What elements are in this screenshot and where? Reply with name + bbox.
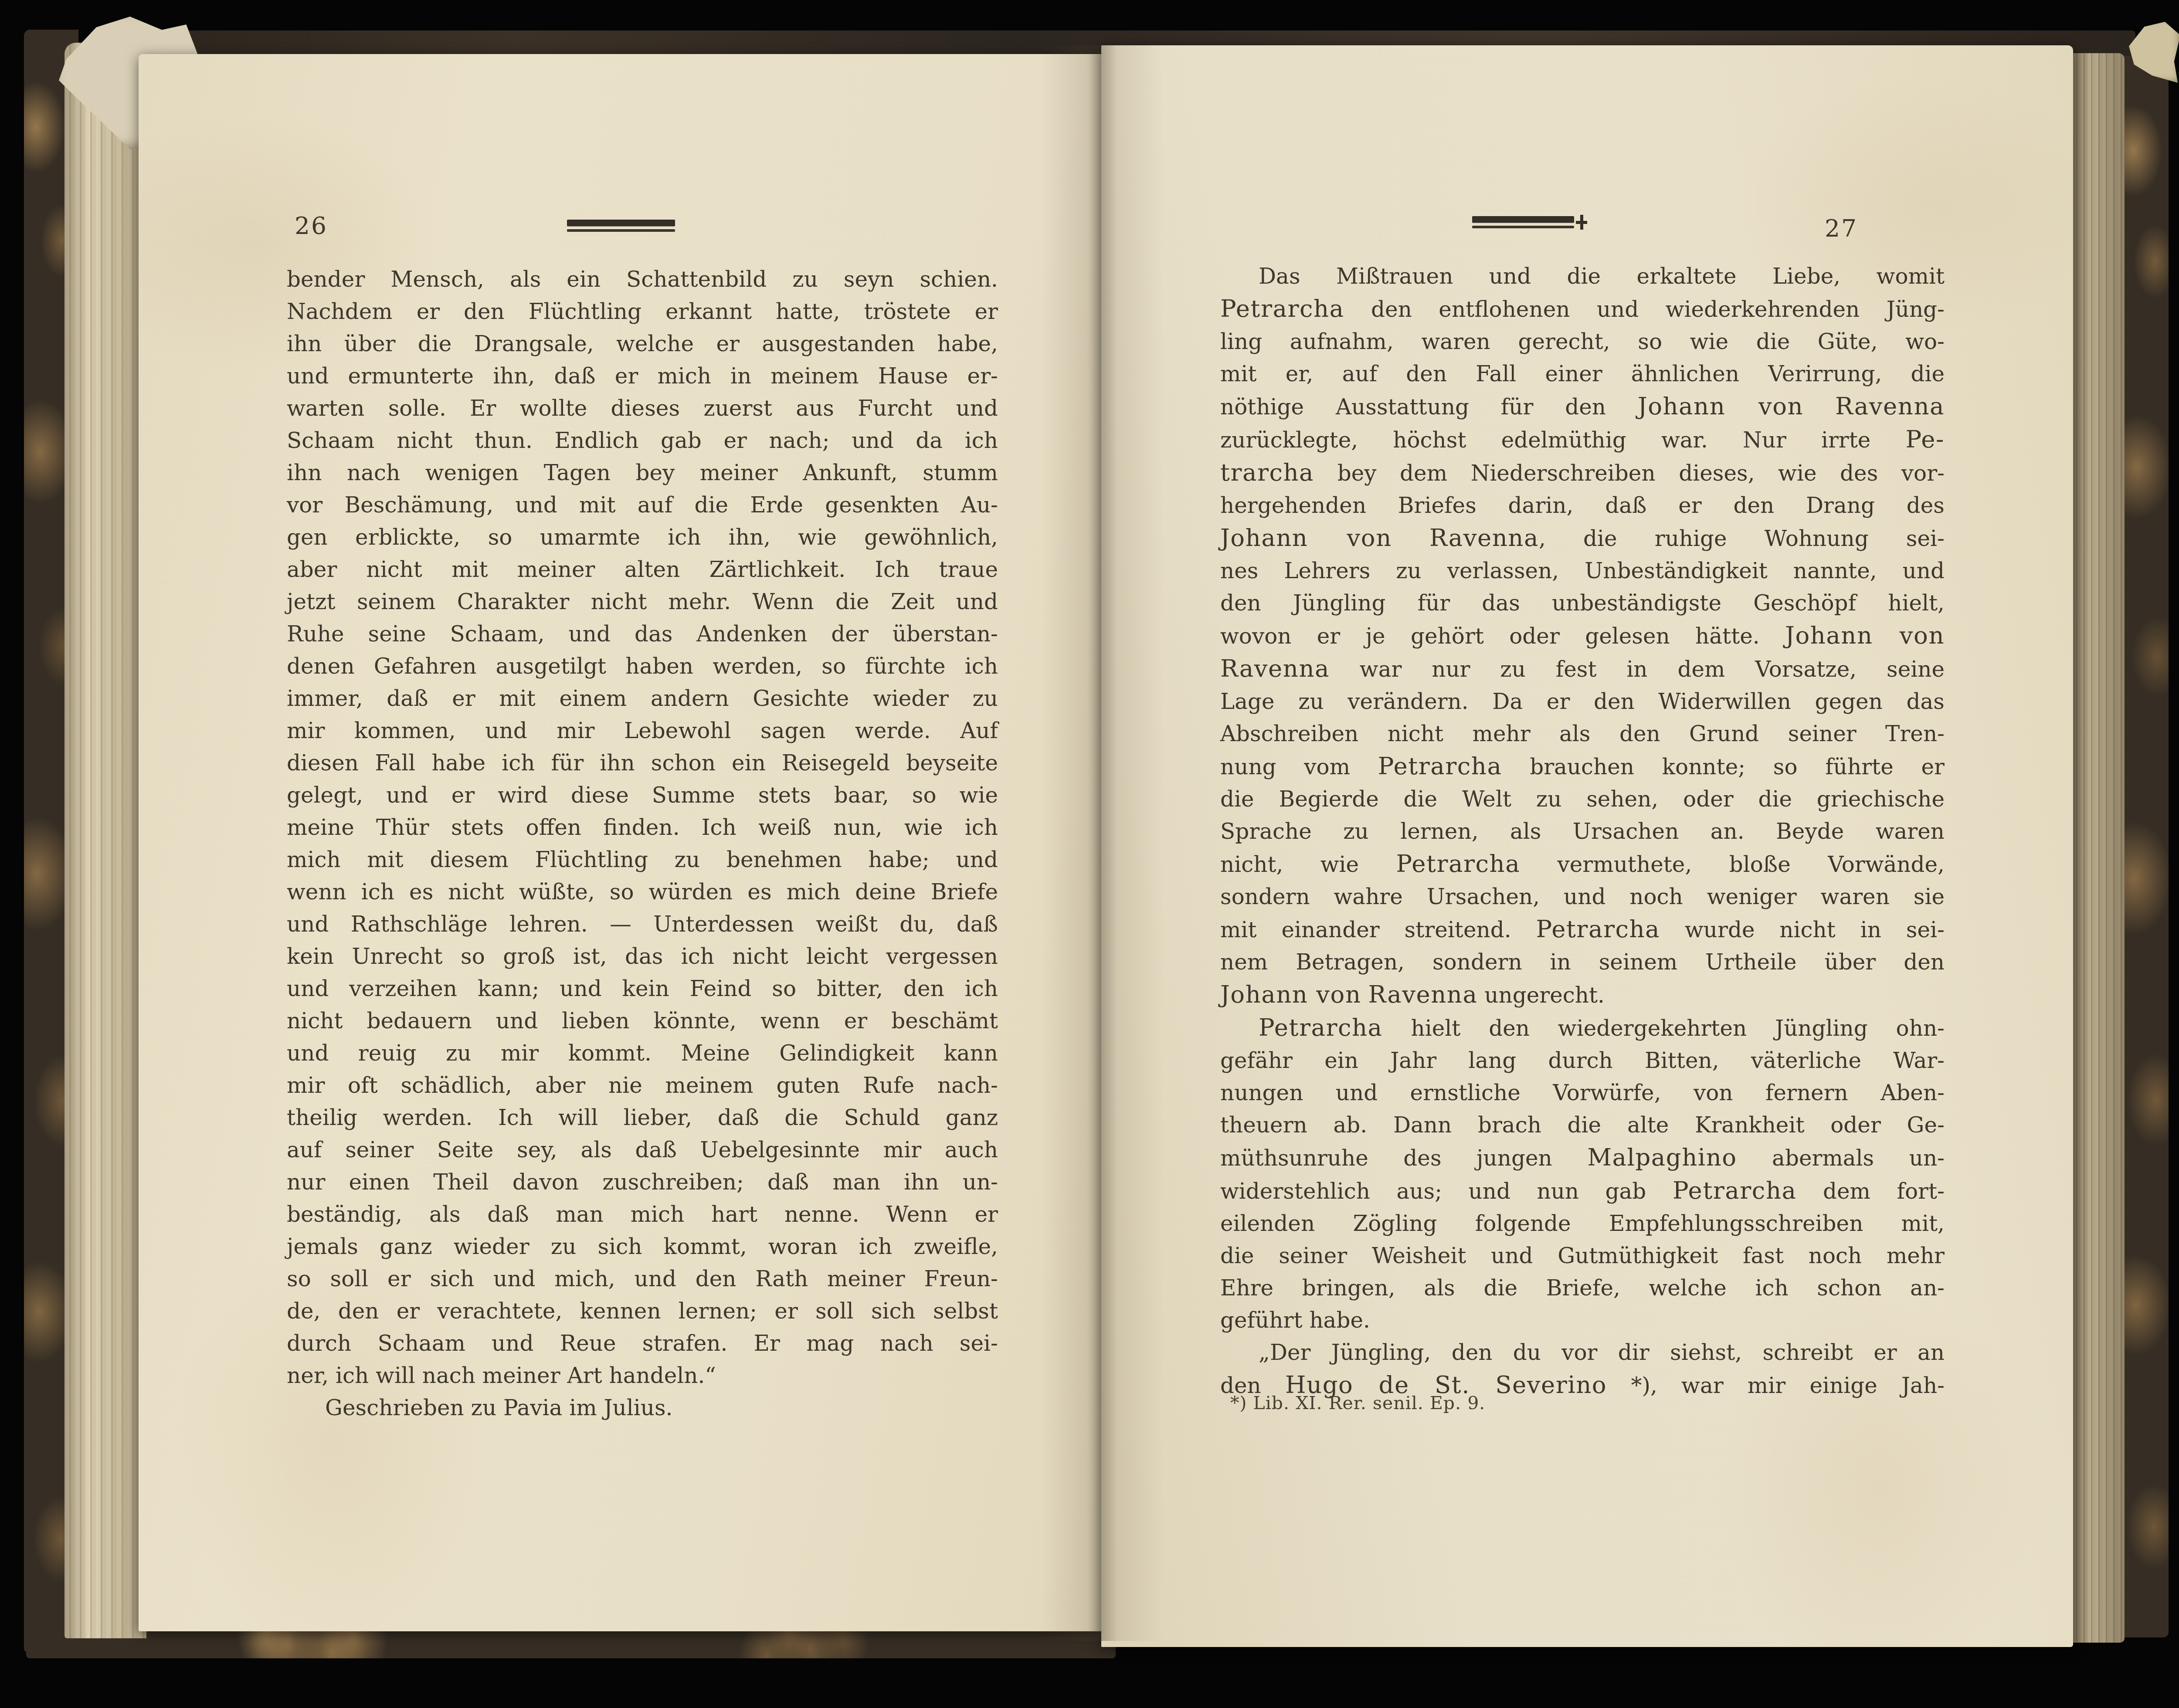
text-line: vor Beschämung, und mit auf die Erde ges… — [287, 489, 998, 521]
emphasized-name: Ravenna — [1429, 524, 1539, 552]
text-line: Ravenna war nur zu fest in dem Vorsatze,… — [1220, 652, 1945, 685]
emphasized-name: trarcha — [1703, 1176, 1796, 1204]
text-line: nungen und ernstliche Vorwürfe, von fern… — [1220, 1077, 1945, 1109]
text-line: aber nicht mit meiner alten Zärtlichkeit… — [287, 553, 998, 586]
text-line: „Der Jüngling, den du vor dir siehst, sc… — [1220, 1336, 1945, 1369]
text-line: ihn über die Drangsale, welche er ausges… — [287, 328, 998, 360]
text-line: de, den er verachtete, kennen lernen; er… — [287, 1295, 998, 1327]
text-line: jetzt seinem Charakter nicht mehr. Wenn … — [287, 586, 998, 618]
text-line: Petrarcha hielt den wiedergekehrten Jüng… — [1220, 1011, 1945, 1044]
text-line: Lage zu verändern. Da er den Widerwillen… — [1220, 685, 1945, 718]
emphasized-name: trarcha — [1289, 1013, 1382, 1041]
emphasized-name: Pe- — [1906, 425, 1945, 453]
text-line: nöthige Ausstattung für den Johann von R… — [1220, 390, 1945, 423]
text-line: und ermunterte ihn, daß er mich in meine… — [287, 360, 998, 392]
emphasized-name: Ravenna — [1368, 980, 1477, 1008]
text-line: Johann von Ravenna ungerecht. — [1220, 978, 1945, 1011]
text-line: eilenden Zögling folgende Empfehlungssch… — [1220, 1207, 1945, 1240]
text-line: denen Gefahren ausgetilgt haben werden, … — [287, 650, 998, 682]
text-line: ling aufnahm, waren gerecht, so wie die … — [1220, 325, 1945, 358]
text-line: mit er, auf den Fall einer ähnlichen Ver… — [1220, 358, 1945, 390]
emphasized-name: trarcha — [1250, 295, 1344, 322]
text-line: und Rathschläge lehren. — Unterdessen we… — [287, 908, 998, 940]
emphasized-name: Petrarcha — [1396, 850, 1521, 878]
text-line: gefähr ein Jahr lang durch Bitten, väter… — [1220, 1044, 1945, 1077]
text-line: kein Unrecht so groß ist, das ich nicht … — [287, 940, 998, 973]
text-line: wovon er je gehört oder gelesen hätte. J… — [1220, 619, 1945, 652]
text-line: geführt habe. — [1220, 1304, 1945, 1336]
text-line: beständig, als daß man mich hart nenne. … — [287, 1198, 998, 1230]
text-line: Sprache zu lernen, als Ursachen an. Beyd… — [1220, 815, 1945, 847]
book-cover-right — [2123, 56, 2169, 1637]
text-line: Petrarcha den entflohenen und wiederkehr… — [1220, 292, 1945, 325]
text-line: warten solle. Er wollte dieses zuerst au… — [287, 392, 998, 424]
emphasized-name: trarcha — [1220, 458, 1314, 486]
text-line: nung vom Petrarcha brauchen konnte; so f… — [1220, 750, 1945, 783]
text-line: so soll er sich und mich, und den Rath m… — [287, 1263, 998, 1295]
text-line: bender Mensch, als ein Schattenbild zu s… — [287, 263, 998, 295]
text-line: und verzeihen kann; und kein Feind so bi… — [287, 973, 998, 1005]
text-line: mir kommen, und mir Lebewohl sagen werde… — [287, 715, 998, 747]
text-line: nicht, wie Petrarcha vermuthete, bloße V… — [1220, 847, 1945, 881]
header-rule-ornament-right — [1472, 216, 1574, 228]
text-line: jemals ganz wieder zu sich kommt, woran … — [287, 1230, 998, 1263]
book-cover-bottom-edge — [26, 1628, 1116, 1658]
page-right: 27 Das Mißtrauen und die erkaltete Liebe… — [1101, 45, 2073, 1647]
emphasized-name: Petrarcha — [1220, 295, 1344, 322]
text-line: immer, daß er mit einem andern Gesichte … — [287, 682, 998, 715]
text-line: meine Thür stets offen finden. Ich weiß … — [287, 811, 998, 844]
page-edges-stack-right — [2073, 53, 2125, 1643]
ornament-rule-thick — [1472, 216, 1574, 223]
ornament-finial-cross — [1576, 215, 1587, 230]
text-line: mir oft schädlich, aber nie meinem guten… — [287, 1069, 998, 1101]
emphasized-name: trarcha — [1408, 752, 1502, 780]
text-line: hergehenden Briefes darin, daß er den Dr… — [1220, 489, 1945, 522]
text-line: Schaam nicht thun. Endlich gab er nach; … — [287, 424, 998, 457]
ornament-rule-thin — [1472, 226, 1574, 228]
text-line: die Begierde die Welt zu sehen, oder die… — [1220, 783, 1945, 815]
text-line: Geschrieben zu Pavia im Julius. — [287, 1392, 998, 1424]
text-line: Abschreiben nicht mehr als den Grund sei… — [1220, 718, 1945, 750]
text-line: sondern wahre Ursachen, und noch weniger… — [1220, 881, 1945, 913]
emphasized-name: Johann von — [1220, 524, 1392, 552]
page-number-right: 27 — [1825, 214, 1858, 242]
text-line: die seiner Weisheit und Gutmüthigkeit fa… — [1220, 1240, 1945, 1272]
text-line: theuern ab. Dann brach die alte Krankhei… — [1220, 1109, 1945, 1141]
emphasized-name: Ravenna — [1835, 392, 1945, 420]
text-line: mit einander streitend. Petrarcha wurde … — [1220, 913, 1945, 946]
text-line: wenn ich es nicht wüßte, so würden es mi… — [287, 876, 998, 908]
text-line: Ruhe seine Schaam, und das Andenken der … — [287, 618, 998, 650]
text-line: den Jüngling für das unbeständigste Gesc… — [1220, 587, 1945, 619]
text-line: nes Lehrers zu verlassen, Unbeständigkei… — [1220, 555, 1945, 587]
text-line: auf seiner Seite sey, als daß Uebelgesin… — [287, 1134, 998, 1166]
emphasized-name: Johann von — [1785, 621, 1945, 649]
text-line: theilig werden. Ich will lieber, daß die… — [287, 1101, 998, 1134]
text-line: durch Schaam und Reue strafen. Er mag na… — [287, 1327, 998, 1359]
emphasized-name: Malpaghino — [1587, 1143, 1737, 1171]
emphasized-name: Petrarcha — [1673, 1176, 1797, 1204]
text-line: nem Betragen, sondern in seinem Urtheile… — [1220, 946, 1945, 978]
text-line: widerstehlich aus; und nun gab Petrarcha… — [1220, 1174, 1945, 1207]
text-line: zurücklegte, höchst edelmüthig war. Nur … — [1220, 423, 1945, 456]
ornament-rule-thin — [567, 229, 675, 232]
text-line: nur einen Theil davon zuschreiben; daß m… — [287, 1166, 998, 1198]
emphasized-name: Petrarcha — [1536, 915, 1660, 943]
emphasized-name: trarcha — [1566, 915, 1660, 943]
text-line: nicht bedauern und lieben könnte, wenn e… — [287, 1005, 998, 1037]
emphasized-name: Johann von — [1638, 392, 1803, 420]
text-line: und reuig zu mir kommt. Meine Gelindigke… — [287, 1037, 998, 1069]
footnote: *) Lib. XI. Rer. senil. Ep. 9. — [1230, 1393, 1485, 1413]
emphasized-name: Ravenna — [1220, 654, 1330, 682]
text-line: ihn nach wenigen Tagen bey meiner Ankunf… — [287, 457, 998, 489]
emphasized-name: Petrarcha — [1259, 1013, 1383, 1041]
emphasized-name: Petrarcha — [1378, 752, 1502, 780]
text-line: gen erblickte, so umarmte ich ihn, wie g… — [287, 521, 998, 553]
emphasized-name: trarcha — [1426, 850, 1520, 878]
text-line: gelegt, und er wird diese Summe stets ba… — [287, 779, 998, 811]
page-edges-stack-left — [64, 43, 146, 1638]
page-left: 26 bender Mensch, als ein Schattenbild z… — [139, 54, 1101, 1631]
ornament-rule-thick — [567, 220, 675, 226]
text-line: ner, ich will nach meiner Art handeln.“ — [287, 1359, 998, 1392]
text-column-right: Das Mißtrauen und die erkaltete Liebe, w… — [1220, 260, 1945, 1402]
text-line: trarcha bey dem Niederschreiben dieses, … — [1220, 456, 1945, 489]
text-line: diesen Fall habe ich für ihn schon ein R… — [287, 747, 998, 779]
book-scan-photo: 26 bender Mensch, als ein Schattenbild z… — [0, 0, 2179, 1708]
text-line: Johann von Ravenna, die ruhige Wohnung s… — [1220, 522, 1945, 555]
emphasized-name: Johann von — [1220, 980, 1361, 1008]
text-column-left: bender Mensch, als ein Schattenbild zu s… — [287, 263, 998, 1424]
page-number-left: 26 — [295, 212, 328, 240]
text-line: müthsunruhe des jungen Malpaghino aberma… — [1220, 1141, 1945, 1174]
text-line: Das Mißtrauen und die erkaltete Liebe, w… — [1220, 260, 1945, 292]
text-line: Nachdem er den Flüchtling erkannt hatte,… — [287, 295, 998, 328]
text-line: mich mit diesem Flüchtling zu benehmen h… — [287, 844, 998, 876]
header-rule-ornament-left — [567, 220, 675, 232]
text-line: Ehre bringen, als die Briefe, welche ich… — [1220, 1272, 1945, 1304]
